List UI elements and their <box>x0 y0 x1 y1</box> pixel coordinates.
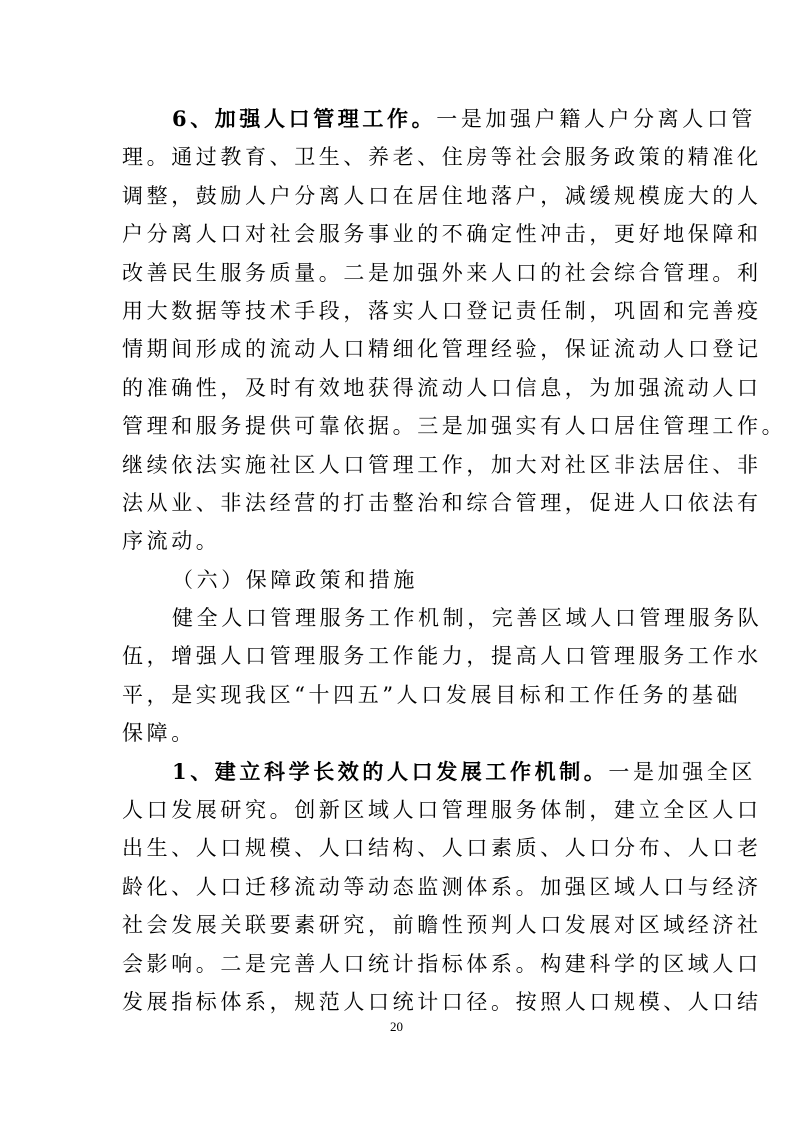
body-text: 一是加强户籍人户分离人口管 <box>436 107 756 131</box>
body-text: 健全人口管理服务工作机制，完善区域人口管理服务队 <box>172 606 762 630</box>
bold-heading-text: 1、建立科学长效的人口发展工作机制。 <box>172 759 608 784</box>
body-text: 用大数据等技术手段，落实人口登记责任制，巩固和完善疫 <box>122 299 762 323</box>
text-line: 户分离人口对社会服务事业的不确定性冲击，更好地保障和 <box>122 215 674 253</box>
body-text: 一是加强全区 <box>608 760 756 784</box>
body-text: 法从业、非法经营的打击整治和综合管理，促进人口依法有 <box>122 491 762 515</box>
body-text: 改善民生服务质量。二是加强外来人口的社会综合管理。利 <box>122 261 762 285</box>
body-text: 人口发展研究。创新区域人口管理服务体制，建立全区人口 <box>122 798 762 822</box>
body-text: （六）保障政策和措施 <box>172 568 418 592</box>
text-line: 法从业、非法经营的打击整治和综合管理，促进人口依法有 <box>122 484 674 522</box>
text-line: 龄化、人口迁移流动等动态监测体系。加强区域人口与经济 <box>122 868 674 906</box>
text-line: 序流动。 <box>122 522 674 560</box>
text-line: 改善民生服务质量。二是加强外来人口的社会综合管理。利 <box>122 254 674 292</box>
body-text: 社会发展关联要素研究，前瞻性预判人口发展对区域经济社 <box>122 913 762 937</box>
body-text: 保障。 <box>122 721 196 745</box>
text-line: 6、加强人口管理工作。一是加强户籍人户分离人口管 <box>122 100 674 138</box>
text-line: 人口发展研究。创新区域人口管理服务体制，建立全区人口 <box>122 791 674 829</box>
text-line: 调整，鼓励人户分离人口在居住地落户，减缓规模庞大的人 <box>122 177 674 215</box>
text-line: 平，是实现我区“十四五”人口发展目标和工作任务的基础 <box>122 676 674 714</box>
body-text: 户分离人口对社会服务事业的不确定性冲击，更好地保障和 <box>122 222 762 246</box>
text-line: 保障。 <box>122 714 674 752</box>
text-line: 社会发展关联要素研究，前瞻性预判人口发展对区域经济社 <box>122 906 674 944</box>
text-line: 的准确性，及时有效地获得流动人口信息，为加强流动人口 <box>122 369 674 407</box>
body-text: 龄化、人口迁移流动等动态监测体系。加强区域人口与经济 <box>122 875 762 899</box>
text-line: 伍，增强人口管理服务工作能力，提高人口管理服务工作水 <box>122 637 674 675</box>
text-line: 出生、人口规模、人口结构、人口素质、人口分布、人口老 <box>122 829 674 867</box>
text-line: 1、建立科学长效的人口发展工作机制。一是加强全区 <box>122 753 674 791</box>
text-line: （六）保障政策和措施 <box>122 561 674 599</box>
body-text: 管理和服务提供可靠依据。三是加强实有人口居住管理工作。 <box>122 414 786 438</box>
text-line: 会影响。二是完善人口统计指标体系。构建科学的区域人口 <box>122 945 674 983</box>
text-line: 发展指标体系，规范人口统计口径。按照人口规模、人口结 <box>122 983 674 1021</box>
body-text: 理。通过教育、卫生、养老、住房等社会服务政策的精准化 <box>122 145 762 169</box>
text-line: 用大数据等技术手段，落实人口登记责任制，巩固和完善疫 <box>122 292 674 330</box>
body-text: 的准确性，及时有效地获得流动人口信息，为加强流动人口 <box>122 376 762 400</box>
document-body: 6、加强人口管理工作。一是加强户籍人户分离人口管理。通过教育、卫生、养老、住房等… <box>122 100 674 1021</box>
body-text: 调整，鼓励人户分离人口在居住地落户，减缓规模庞大的人 <box>122 184 762 208</box>
body-text: 发展指标体系，规范人口统计口径。按照人口规模、人口结 <box>122 990 762 1014</box>
text-line: 理。通过教育、卫生、养老、住房等社会服务政策的精准化 <box>122 138 674 176</box>
body-text: 出生、人口规模、人口结构、人口素质、人口分布、人口老 <box>122 836 762 860</box>
body-text: 伍，增强人口管理服务工作能力，提高人口管理服务工作水 <box>122 644 762 668</box>
text-line: 情期间形成的流动人口精细化管理经验，保证流动人口登记 <box>122 330 674 368</box>
text-line: 继续依法实施社区人口管理工作，加大对社区非法居住、非 <box>122 446 674 484</box>
body-text: 平，是实现我区“十四五”人口发展目标和工作任务的基础 <box>122 683 741 707</box>
body-text: 情期间形成的流动人口精细化管理经验，保证流动人口登记 <box>122 337 762 361</box>
text-line: 管理和服务提供可靠依据。三是加强实有人口居住管理工作。 <box>122 407 674 445</box>
page-number: 20 <box>0 1019 793 1035</box>
bold-heading-text: 6、加强人口管理工作。 <box>172 106 436 131</box>
body-text: 序流动。 <box>122 529 220 553</box>
body-text: 会影响。二是完善人口统计指标体系。构建科学的区域人口 <box>122 952 762 976</box>
text-line: 健全人口管理服务工作机制，完善区域人口管理服务队 <box>122 599 674 637</box>
body-text: 继续依法实施社区人口管理工作，加大对社区非法居住、非 <box>122 453 762 477</box>
